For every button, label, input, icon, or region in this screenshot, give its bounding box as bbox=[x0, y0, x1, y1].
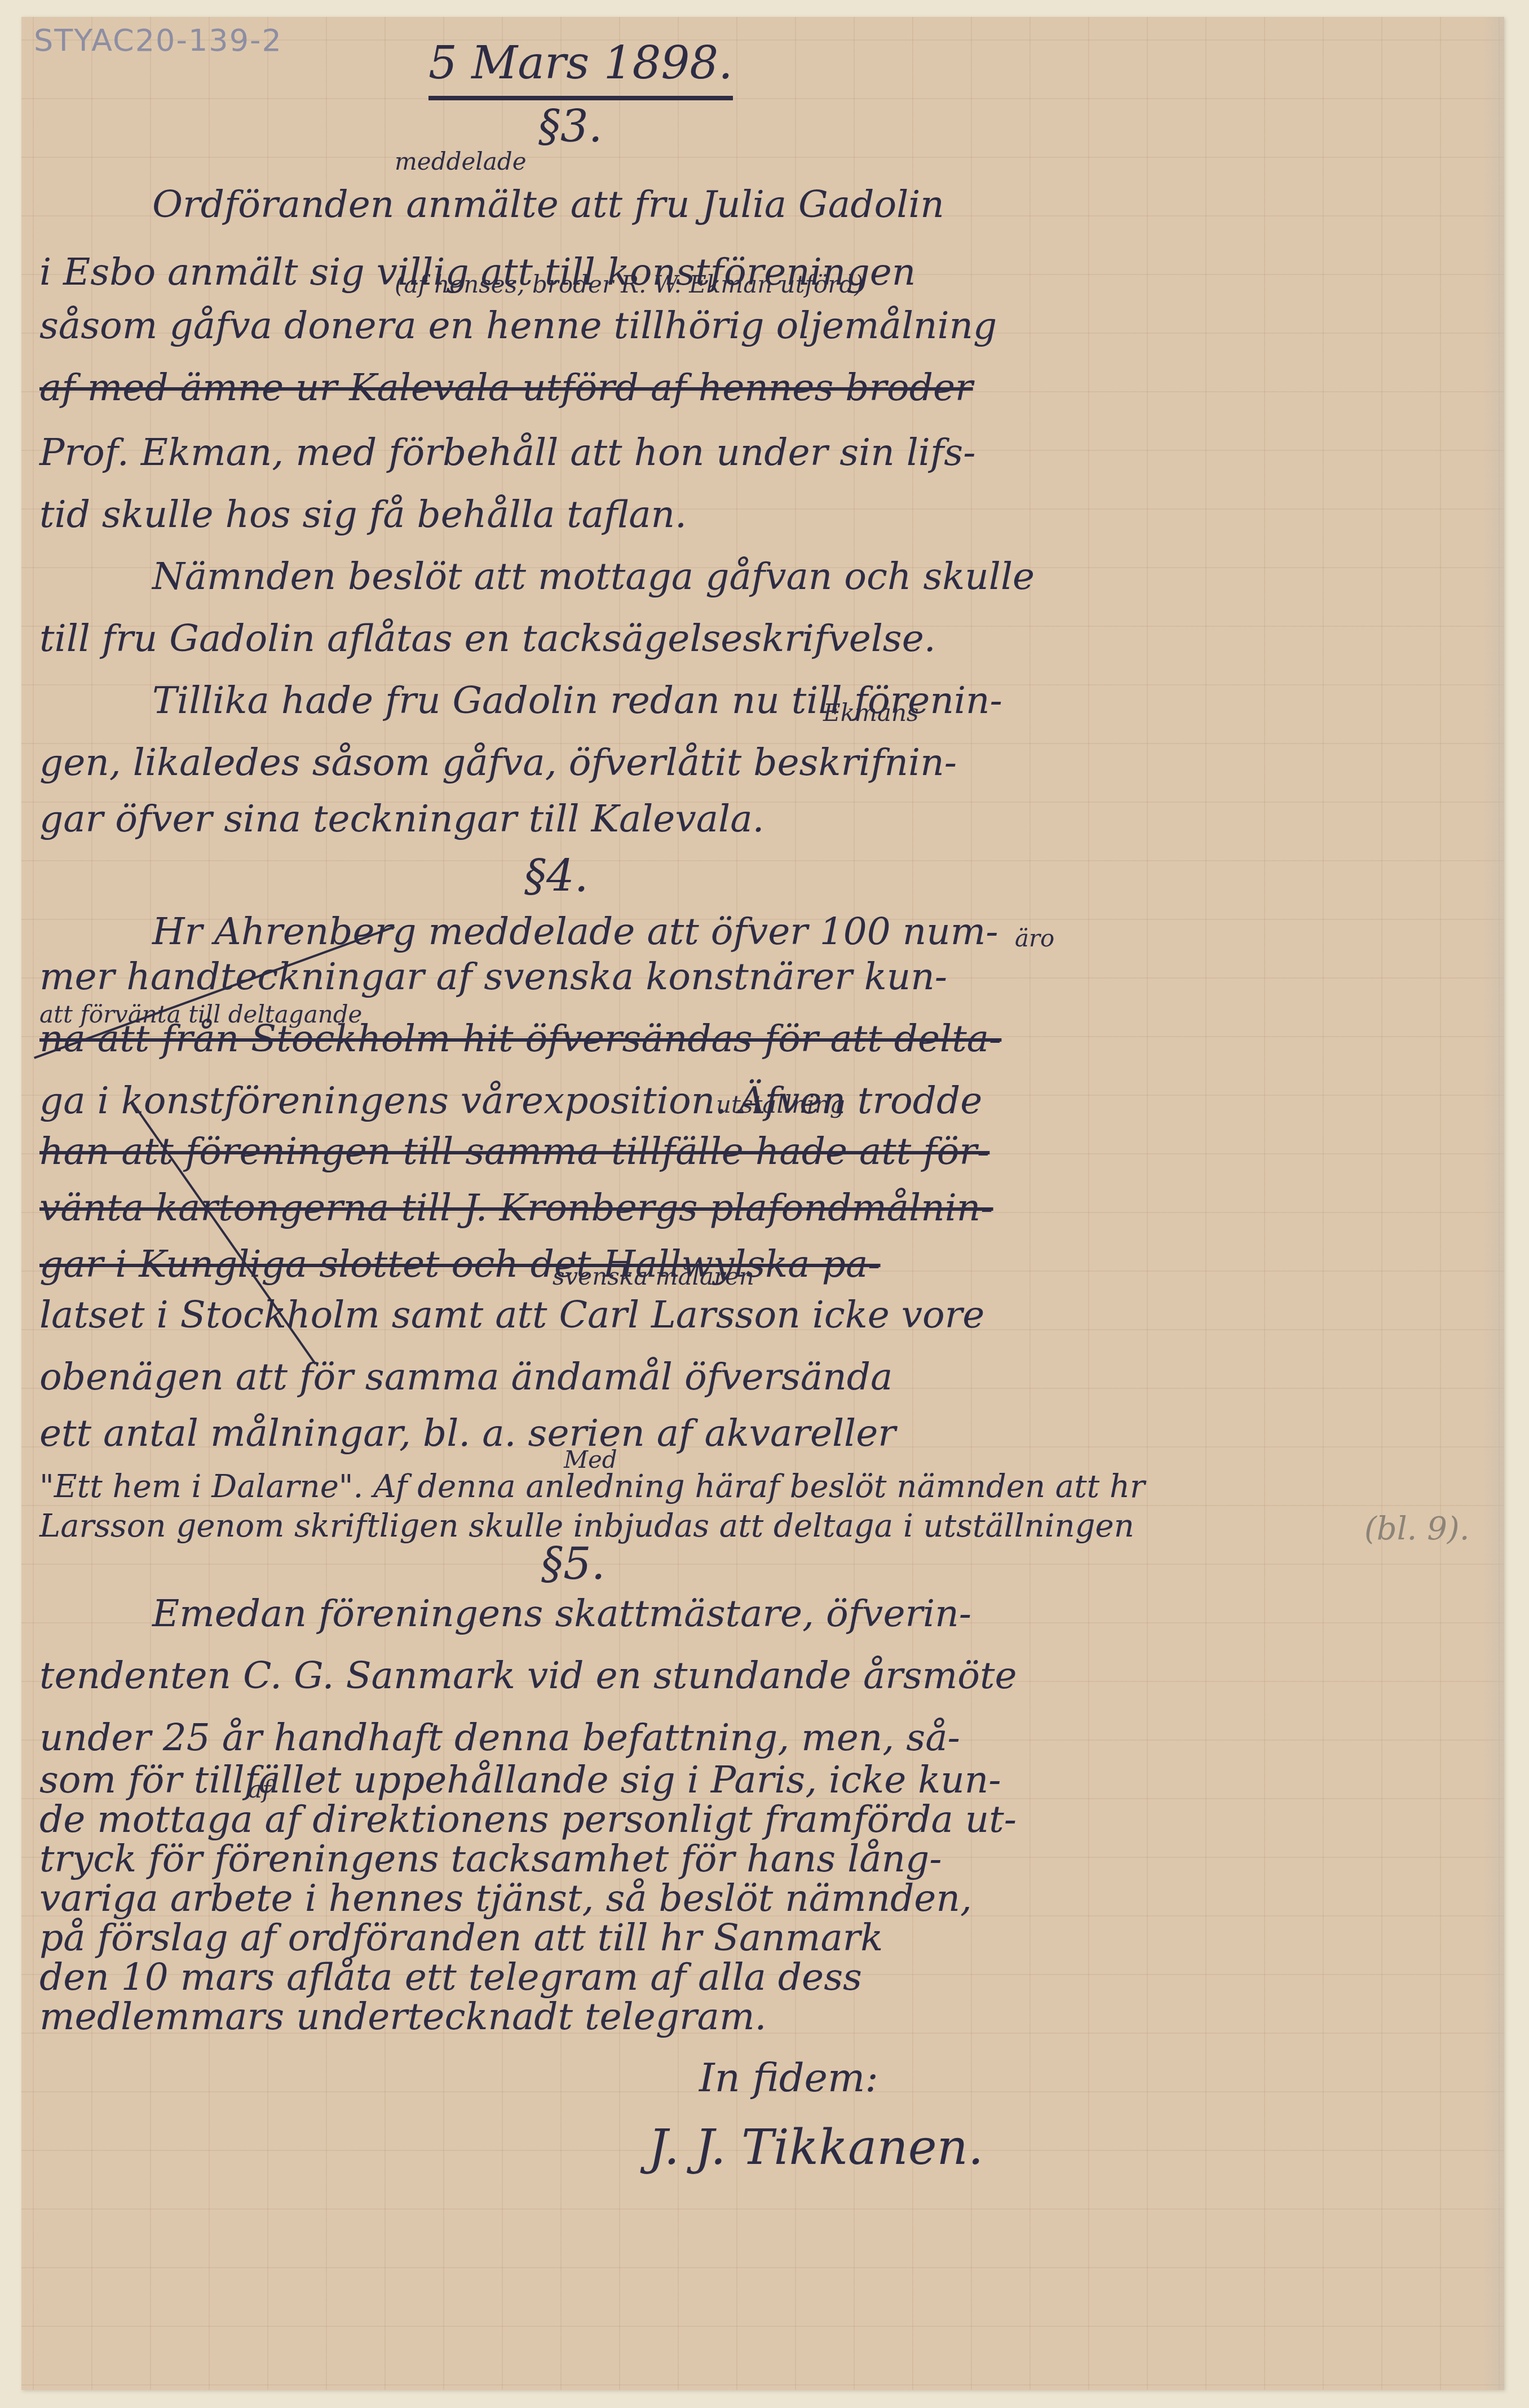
text-line: Hr Ahrenberg meddelade att öfver 100 num… bbox=[152, 913, 998, 950]
archive-id-label: STYAC20-139-2 bbox=[34, 23, 282, 58]
text-line: tryck för föreningens tacksamhet för han… bbox=[39, 1840, 942, 1878]
text-line: variga arbete i hennes tjänst, så beslöt… bbox=[39, 1880, 972, 1917]
text-line-struck: han att föreningen till samma tillfälle … bbox=[39, 1133, 989, 1170]
text-line: Prof. Ekman, med förbehåll att hon under… bbox=[39, 434, 975, 471]
insertion-ekmans: Ekmans bbox=[823, 699, 919, 727]
text-line: såsom gåfva donera en henne tillhörig ol… bbox=[39, 307, 997, 344]
text-line: gar öfver sina teckningar till Kalevala. bbox=[39, 800, 764, 838]
text-line: på förslag af ordföranden att till hr Sa… bbox=[39, 1919, 883, 1957]
text-line: mer handteckningar af svenska konstnärer… bbox=[39, 958, 947, 995]
insertion-meddelade: meddelade bbox=[395, 148, 527, 175]
insertion-svenska-malaren: svenska målaren bbox=[553, 1263, 754, 1290]
signature: J. J. Tikkanen. bbox=[648, 2119, 983, 2176]
text-line: Emedan föreningens skattmästare, öfverin… bbox=[152, 1595, 971, 1632]
text-line: ett antal målningar, bl. a. serien af ak… bbox=[39, 1415, 896, 1452]
text-line: den 10 mars aflåta ett telegram af alla … bbox=[39, 1959, 862, 1996]
text-line: tendenten C. G. Sanmark vid en stundande… bbox=[39, 1657, 1017, 1694]
text-line: som för tillfället uppehållande sig i Pa… bbox=[39, 1761, 1001, 1799]
text-line-struck: na att från Stockholm hit öfversändas fö… bbox=[39, 1020, 1001, 1057]
text-line: obenägen att för samma ändamål öfversänd… bbox=[39, 1358, 892, 1396]
pencil-annotation: (bl. 9). bbox=[1364, 1511, 1469, 1547]
text-line-struck: af med ämne ur Kalevala utförd af hennes… bbox=[39, 369, 973, 406]
closing-formula: In fidem: bbox=[699, 2055, 878, 2101]
insertion-utstallning: utställning bbox=[716, 1091, 845, 1118]
section-mark-5: §5. bbox=[541, 1539, 605, 1590]
section-mark-4: §4. bbox=[524, 851, 588, 902]
text-line: Larsson genom skriftligen skulle inbjuda… bbox=[39, 1511, 1134, 1542]
text-line: latset i Stockholm samt att Carl Larsson… bbox=[39, 1296, 984, 1334]
text-line: Ordföranden anmälte att fru Julia Gadoli… bbox=[152, 186, 944, 223]
insertion-aro: äro bbox=[1015, 924, 1054, 952]
text-line: Nämnden beslöt att mottaga gåfvan och sk… bbox=[152, 558, 1035, 595]
text-line: under 25 år handhaft denna befattning, m… bbox=[39, 1719, 960, 1756]
section-mark-3: §3. bbox=[538, 101, 602, 152]
text-line: medlemmars undertecknadt telegram. bbox=[39, 1998, 766, 2035]
text-line: "Ett hem i Dalarne". Af denna anledning … bbox=[39, 1471, 1145, 1503]
text-line: de mottaga af direktionens personligt fr… bbox=[39, 1801, 1017, 1838]
text-line: gen, likaledes såsom gåfva, öfverlåtit b… bbox=[39, 744, 957, 781]
text-line: till fru Gadolin aflåtas en tacksägelses… bbox=[39, 620, 936, 657]
torn-paper-edge bbox=[1482, 17, 1504, 2390]
document-date: 5 Mars 1898. bbox=[428, 37, 733, 100]
text-line: tid skulle hos sig få behålla taflan. bbox=[39, 496, 687, 533]
text-line-struck: vänta kartongerna till J. Kronbergs plaf… bbox=[39, 1189, 993, 1227]
insertion-ekman: (af henses, broder R. W. Ekman utförd) bbox=[395, 271, 864, 298]
